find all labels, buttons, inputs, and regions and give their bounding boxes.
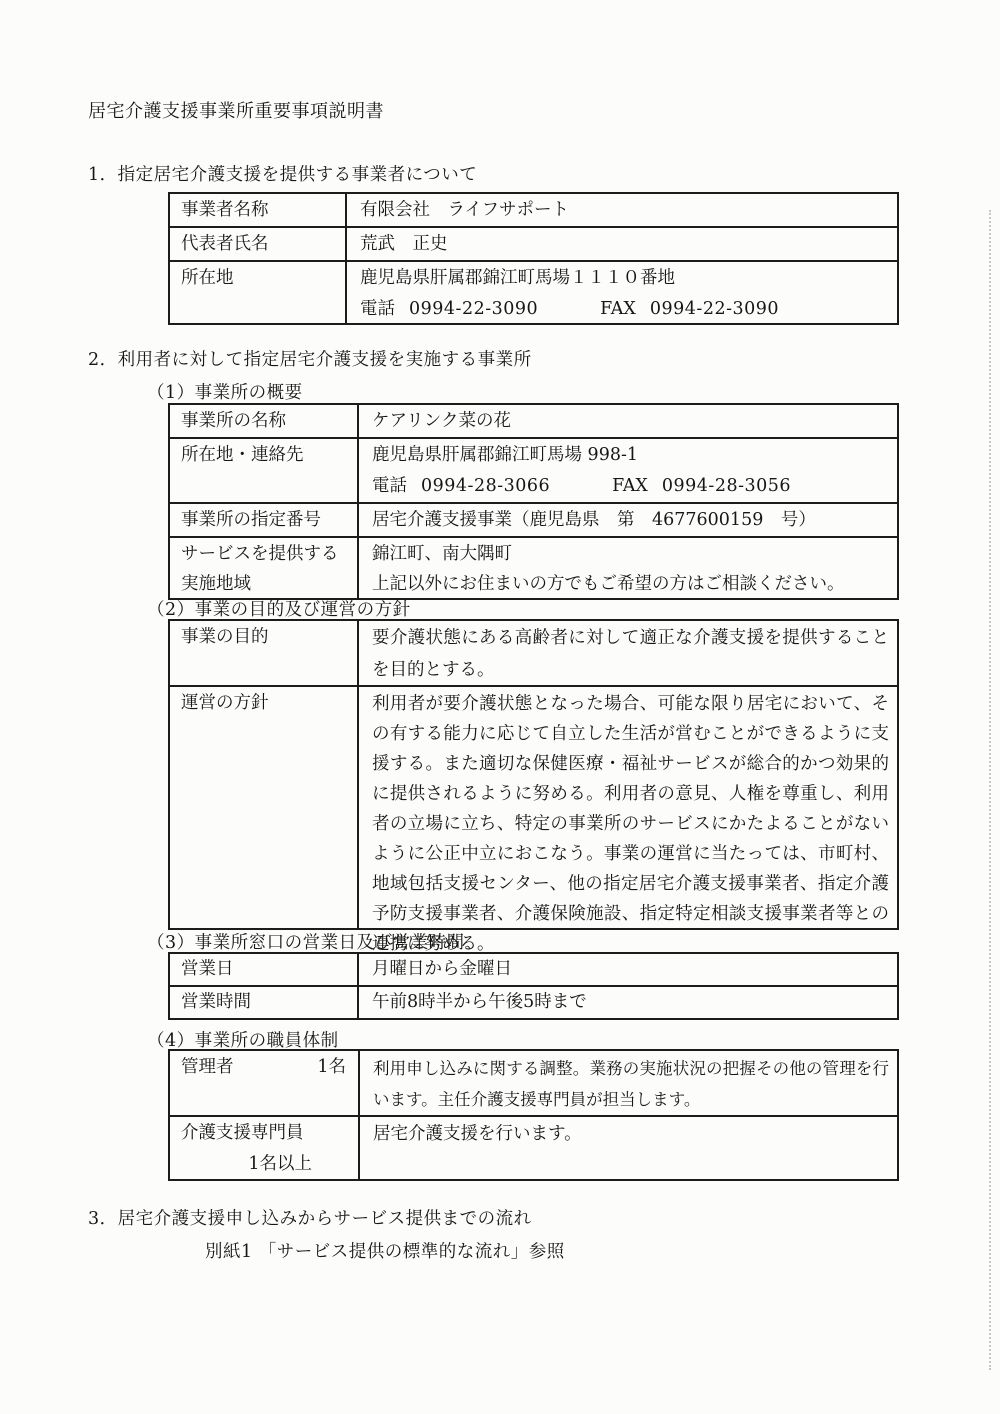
row-value: ケアリンク菜の花 — [359, 405, 897, 437]
table-row: 営業日 月曜日から金曜日 — [170, 954, 897, 985]
scan-noise-line — [989, 210, 991, 1370]
row-label: 代表者氏名 — [170, 228, 347, 260]
hours-table: 営業日 月曜日から金曜日 営業時間 午前8時半から午後5時まで — [168, 952, 899, 1020]
table-row: 所在地・連絡先 鹿児島県肝属郡錦江町馬場 998-1 電話0994-28-306… — [170, 437, 897, 502]
table-row: 運営の方針 利用者が要介護状態となった場合、可能な限り居宅において、その有する能… — [170, 685, 897, 928]
provider-table: 事業者名称 有限会社 ライフサポート 代表者氏名 荒武 正史 所在地 鹿児島県肝… — [168, 192, 899, 325]
table-row: 事業所の指定番号 居宅介護支援事業（鹿児島県 第 4677600159 号） — [170, 502, 897, 536]
row-value: 鹿児島県肝属郡錦江町馬場 998-1 電話0994-28-3066FAX0994… — [359, 439, 897, 502]
table-row: 事業所の名称 ケアリンク菜の花 — [170, 405, 897, 437]
row-label: 所在地 — [170, 262, 347, 323]
fax-label: FAX — [600, 294, 636, 325]
fax-number: 0994-28-3056 — [662, 476, 791, 496]
row-label: サービスを提供する 実施地域 — [170, 538, 359, 598]
tel-number: 0994-28-3066 — [421, 476, 550, 496]
address-line: 鹿児島県肝属郡錦江町馬場 998-1 — [372, 440, 889, 471]
staff-table: 管理者 1名 利用申し込みに関する調整。業務の実施状況の把握その他の管理を行いま… — [168, 1049, 899, 1181]
row-value: 鹿児島県肝属郡錦江町馬場１１１０番地 電話0994-22-3090FAX0994… — [347, 262, 897, 323]
staff-count: 1名以上 — [181, 1149, 350, 1180]
section3-note: 別紙1 「サービス提供の標準的な流れ」参照 — [205, 1238, 565, 1263]
value-line1: 錦江町、南大隅町 — [372, 539, 889, 569]
tel-label: 電話 — [372, 476, 407, 496]
section2-sub3-heading: （3）事業所窓口の営業日及び営業時間 — [147, 929, 465, 954]
table-row: 管理者 1名 利用申し込みに関する調整。業務の実施状況の把握その他の管理を行いま… — [170, 1051, 897, 1115]
row-label: 事業所の指定番号 — [170, 504, 359, 536]
row-label: 事業の目的 — [170, 621, 359, 685]
row-value: 要介護状態にある高齢者に対して適正な介護支援を提供することを目的とする。 — [359, 621, 897, 685]
value-line2: 上記以外にお住まいの方でもご希望の方はご相談ください。 — [372, 569, 889, 599]
row-label: 所在地・連絡先 — [170, 439, 359, 502]
tel-label: 電話 — [360, 299, 395, 319]
section1-heading: 1．指定居宅介護支援を提供する事業者について — [88, 161, 477, 186]
row-label: 管理者 1名 — [170, 1051, 360, 1115]
staff-role: 管理者 — [181, 1052, 234, 1115]
row-label: 介護支援専門員 1名以上 — [170, 1117, 360, 1179]
purpose-table: 事業の目的 要介護状態にある高齢者に対して適正な介護支援を提供することを目的とす… — [168, 619, 899, 930]
section2-sub1-heading: （1）事業所の概要 — [147, 379, 303, 404]
fax-label: FAX — [612, 471, 648, 502]
document-page: 居宅介護支援事業所重要事項説明書 1．指定居宅介護支援を提供する事業者について … — [0, 0, 1000, 1414]
table-row: 介護支援専門員 1名以上 居宅介護支援を行います。 — [170, 1115, 897, 1179]
office-table: 事業所の名称 ケアリンク菜の花 所在地・連絡先 鹿児島県肝属郡錦江町馬場 998… — [168, 403, 899, 600]
staff-count: 1名 — [317, 1052, 350, 1115]
section3-heading: 3．居宅介護支援申し込みからサービス提供までの流れ — [88, 1205, 532, 1230]
row-label: 運営の方針 — [170, 687, 359, 928]
row-value: 錦江町、南大隅町 上記以外にお住まいの方でもご希望の方はご相談ください。 — [359, 538, 897, 598]
table-row: 事業者名称 有限会社 ライフサポート — [170, 194, 897, 226]
row-value: 居宅介護支援を行います。 — [360, 1117, 897, 1179]
row-value: 午前8時半から午後5時まで — [359, 987, 897, 1018]
table-row: 営業時間 午前8時半から午後5時まで — [170, 985, 897, 1018]
label-line2: 実施地域 — [181, 569, 349, 599]
section2-heading: 2．利用者に対して指定居宅介護支援を実施する事業所 — [88, 346, 532, 371]
tel-fax-line: 電話0994-28-3066FAX0994-28-3056 — [372, 471, 889, 502]
row-value: 有限会社 ライフサポート — [347, 194, 897, 226]
page-title: 居宅介護支援事業所重要事項説明書 — [88, 97, 384, 123]
staff-role: 介護支援専門員 — [181, 1118, 350, 1149]
row-value: 月曜日から金曜日 — [359, 954, 897, 985]
table-row: 所在地 鹿児島県肝属郡錦江町馬場１１１０番地 電話0994-22-3090FAX… — [170, 260, 897, 323]
row-value: 利用者が要介護状態となった場合、可能な限り居宅において、その有する能力に応じて自… — [359, 687, 897, 928]
row-label: 事業所の名称 — [170, 405, 359, 437]
tel-fax-line: 電話0994-22-3090FAX0994-22-3090 — [360, 294, 889, 325]
label-line1: サービスを提供する — [181, 539, 349, 569]
row-value: 荒武 正史 — [347, 228, 897, 260]
address-line: 鹿児島県肝属郡錦江町馬場１１１０番地 — [360, 263, 889, 294]
section2-sub2-heading: （2）事業の目的及び運営の方針 — [147, 596, 411, 621]
tel-number: 0994-22-3090 — [409, 299, 538, 319]
table-row: 代表者氏名 荒武 正史 — [170, 226, 897, 260]
row-value: 居宅介護支援事業（鹿児島県 第 4677600159 号） — [359, 504, 897, 536]
row-value: 利用申し込みに関する調整。業務の実施状況の把握その他の管理を行います。主任介護支… — [360, 1051, 897, 1115]
fax-number: 0994-22-3090 — [650, 299, 779, 319]
table-row: サービスを提供する 実施地域 錦江町、南大隅町 上記以外にお住まいの方でもご希望… — [170, 536, 897, 598]
row-label: 事業者名称 — [170, 194, 347, 226]
row-label: 営業時間 — [170, 987, 359, 1018]
table-row: 事業の目的 要介護状態にある高齢者に対して適正な介護支援を提供することを目的とす… — [170, 621, 897, 685]
row-label: 営業日 — [170, 954, 359, 985]
